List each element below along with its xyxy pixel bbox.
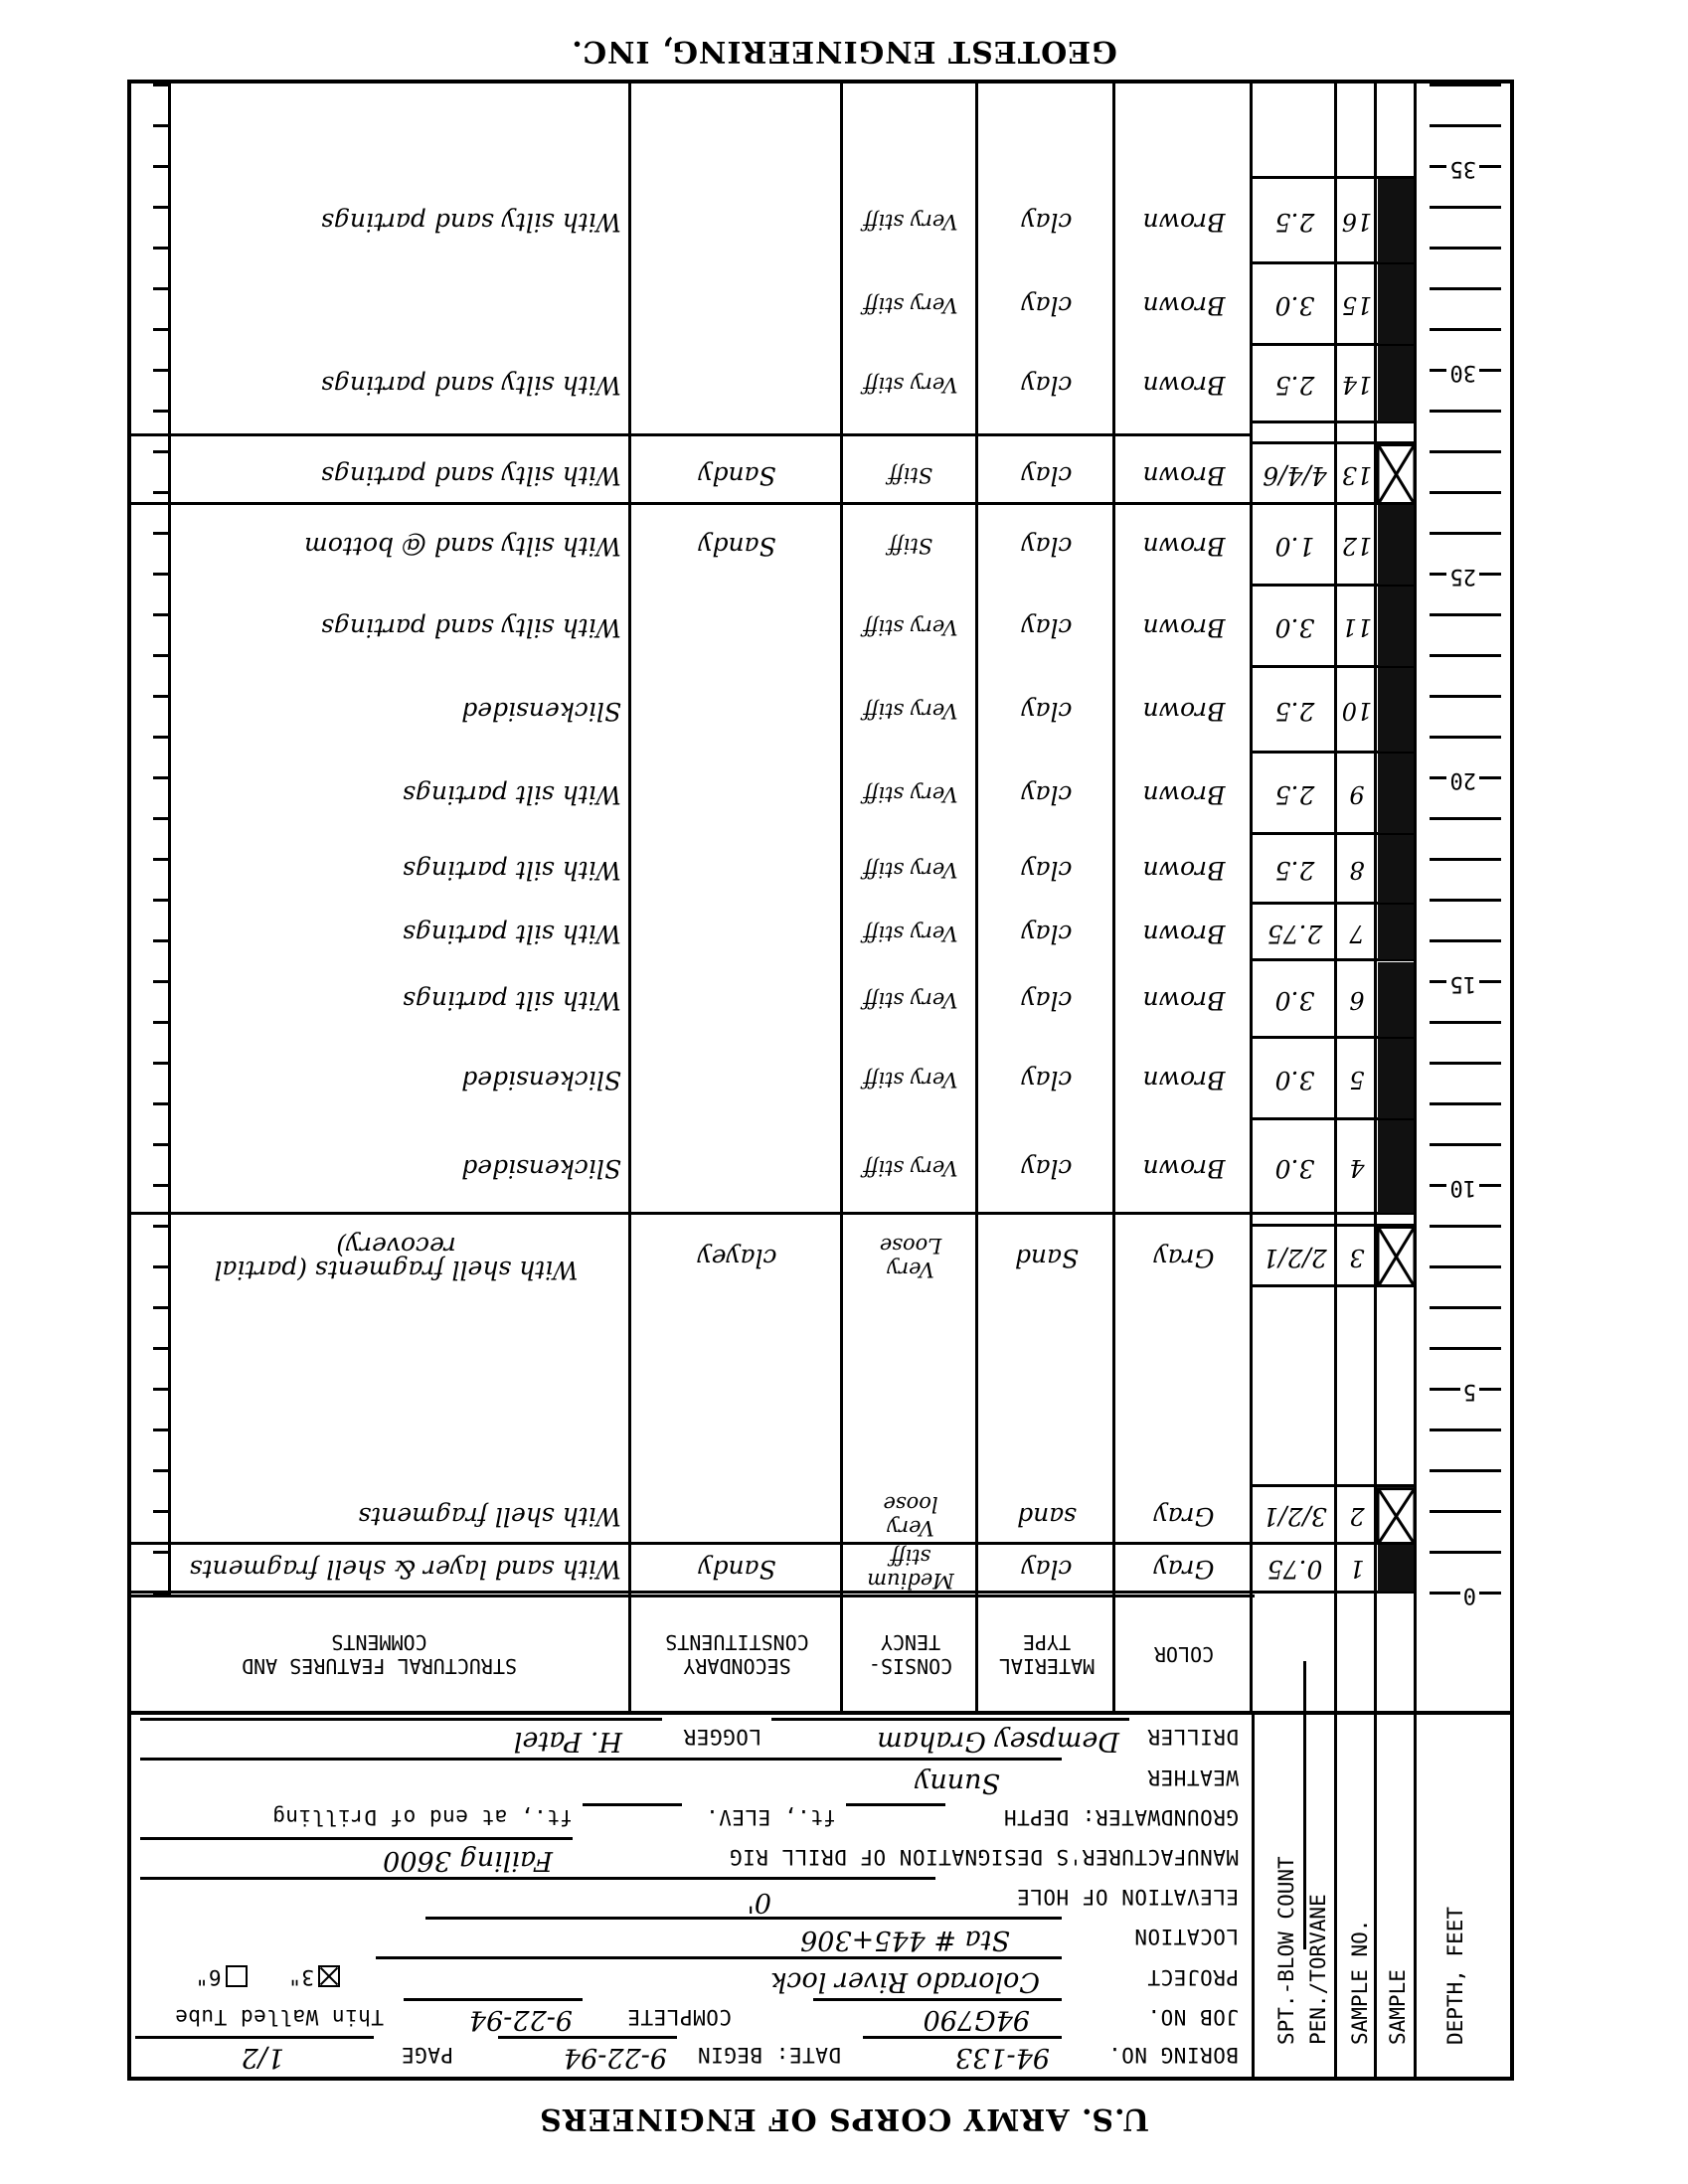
right-tick <box>153 1469 171 1472</box>
row-location: LOCATION Sta # 445+306 <box>135 1918 1239 1955</box>
sample-comment: With silt partings <box>171 754 631 835</box>
sample-no: 16 <box>1337 179 1377 264</box>
depth-tick <box>1430 1510 1501 1513</box>
sample-secondary <box>631 179 843 264</box>
tube-sample-fill <box>1378 179 1414 262</box>
right-tick <box>153 1021 171 1024</box>
sample-comment: With silt partings <box>171 835 631 905</box>
sample-consistency: Very stiff <box>843 835 978 905</box>
spt-sample-x-icon <box>1377 1487 1417 1544</box>
sample-secondary <box>631 1120 843 1214</box>
sample-color: Gray <box>1115 1227 1253 1288</box>
depth-label: 30 <box>1447 360 1480 385</box>
sample-pen-blow: 2/2/1 <box>1253 1227 1337 1288</box>
right-tick <box>153 1347 171 1350</box>
depth-tick <box>1430 1428 1501 1431</box>
sample-no: 2 <box>1337 1487 1377 1544</box>
depth-label: 20 <box>1447 767 1480 792</box>
right-tick <box>153 124 171 127</box>
sample-pen-blow: 2.5 <box>1253 835 1337 905</box>
depth-tick <box>1430 695 1501 698</box>
right-tick <box>153 980 171 983</box>
sample-no: 1 <box>1337 1545 1377 1594</box>
sample-color: Brown <box>1115 1039 1253 1120</box>
right-tick <box>153 1143 171 1146</box>
drill-rig-value: Failing 3600 <box>383 1845 553 1876</box>
sample-color: Brown <box>1115 668 1253 754</box>
sample-pen-blow: 2.5 <box>1253 754 1337 835</box>
sample-color: Brown <box>1115 1120 1253 1214</box>
sample-color: Gray <box>1115 1545 1253 1594</box>
sample-comment: Slickensided <box>171 668 631 754</box>
row-weather: WEATHER Sunny <box>135 1759 1239 1796</box>
sample-color: Brown <box>1115 346 1253 423</box>
tube-sample-fill <box>1378 905 1414 959</box>
sample-secondary <box>631 1039 843 1120</box>
right-tick <box>153 1102 171 1105</box>
sample-material: clay <box>978 1039 1115 1120</box>
consistency-header: CONSIS-TENCY <box>843 1597 978 1711</box>
right-tick <box>153 858 171 861</box>
tube-sample-fill <box>1378 505 1414 585</box>
right-tick <box>153 1306 171 1309</box>
right-tick <box>153 613 171 616</box>
sample-comment: With silty sand partings <box>171 587 631 668</box>
depth-tick <box>1430 84 1501 86</box>
right-tick <box>153 369 171 372</box>
driller-value: Dempsey Graham <box>877 1726 1119 1757</box>
depth-tick <box>1430 613 1501 616</box>
tube-sample-fill <box>1378 962 1414 1038</box>
depth-tick <box>1430 1021 1501 1024</box>
pen-torvane-label: PEN./TORVANE <box>1306 1894 1330 2045</box>
row-boring: BORING NO. 94-133 DATE: BEGIN 9-22-94 PA… <box>135 2037 1239 2073</box>
right-tick <box>153 450 171 453</box>
sample-secondary <box>631 835 843 905</box>
tube-sample-fill <box>1378 264 1414 344</box>
location-value: Sta # 445+306 <box>800 1925 1010 1955</box>
right-tick <box>153 206 171 209</box>
right-tick <box>153 1225 171 1228</box>
depth-tick <box>1430 450 1501 453</box>
sample-consistency: Very stiff <box>843 668 978 754</box>
sample-secondary: Sandy <box>631 444 843 506</box>
sample-material: clay <box>978 905 1115 961</box>
tube-6in-checkbox[interactable] <box>226 1965 248 1987</box>
sample-no: 5 <box>1337 1039 1377 1120</box>
sample-no: 15 <box>1337 264 1377 346</box>
sample-color: Brown <box>1115 179 1253 264</box>
right-tick <box>153 654 171 657</box>
right-tick <box>153 695 171 698</box>
boring-log-page: U.S. ARMY CORPS OF ENGINEERS DEPTH, FEET… <box>0 0 1688 2184</box>
sample-material: clay <box>978 444 1115 506</box>
row-job: JOB NO. 94G790 COMPLETE 9-22-94 Thin Wal… <box>135 1999 1239 2035</box>
sample-material: clay <box>978 1120 1115 1214</box>
sample-material: clay <box>978 1545 1115 1594</box>
depth-tick <box>1430 1102 1501 1105</box>
right-tick <box>153 1428 171 1431</box>
tube-sample-fill <box>1378 835 1414 903</box>
right-tick <box>153 817 171 820</box>
sample-secondary: Sandy <box>631 505 843 587</box>
logger-value: H. Patel <box>514 1726 622 1757</box>
tube-sample-fill <box>1378 346 1414 421</box>
depth-tick <box>1430 1469 1501 1472</box>
project-value: Colorado River lock <box>770 1966 1040 1997</box>
sample-comment: With shell fragments <box>171 1487 631 1544</box>
sample-consistency: Very stiff <box>843 179 978 264</box>
sample-pen-blow: 3/2/1 <box>1253 1487 1337 1544</box>
tube-sample-fill <box>1378 668 1414 752</box>
depth-tick <box>1430 899 1501 902</box>
sample-color: Brown <box>1115 905 1253 961</box>
sample-comment: With shell fragments (partial recovery) <box>171 1227 631 1288</box>
sample-secondary <box>631 962 843 1040</box>
spt-sample-x-icon <box>1377 444 1417 506</box>
weather-value: Sunny <box>915 1767 1000 1798</box>
tube-sample-fill <box>1378 587 1414 666</box>
depth-tick <box>1430 1062 1501 1065</box>
depth-tick <box>1430 1143 1501 1146</box>
sample-material: clay <box>978 754 1115 835</box>
sample-consistency: Very stiff <box>843 587 978 668</box>
sample-comment: With silty sand partings <box>171 346 631 423</box>
right-tick <box>153 1388 171 1391</box>
depth-tick <box>1430 939 1501 942</box>
depth-label: 25 <box>1447 564 1480 588</box>
sample-secondary <box>631 346 843 423</box>
sample-comment: Slickensided <box>171 1039 631 1120</box>
depth-tick <box>1430 1551 1501 1554</box>
sample-secondary: Sandy <box>631 1545 843 1594</box>
depth-label: 5 <box>1460 1379 1479 1404</box>
depth-tick <box>1430 328 1501 331</box>
sample-secondary <box>631 905 843 961</box>
sample-no: 12 <box>1337 505 1377 587</box>
tube-sample-fill <box>1378 1545 1414 1592</box>
depth-tick <box>1430 654 1501 657</box>
color-header: COLOR <box>1115 1597 1253 1711</box>
date-begin-value: 9-22-94 <box>564 2042 667 2073</box>
sample-consistency: Very stiff <box>843 264 978 346</box>
sample-material: Sand <box>978 1227 1115 1288</box>
sample-comment <box>171 264 631 346</box>
sample-no: 13 <box>1337 444 1377 506</box>
sample-no: 9 <box>1337 754 1377 835</box>
sample-material: clay <box>978 505 1115 587</box>
sample-comment: With silty sand @ bottom <box>171 505 631 587</box>
sample-consistency: Very Loose <box>843 1227 978 1288</box>
depth-tick <box>1430 1225 1501 1228</box>
sample-pen-blow: 2.5 <box>1253 668 1337 754</box>
sample-color: Gray <box>1115 1487 1253 1544</box>
sample-comment: With silt partings <box>171 905 631 961</box>
sample-pen-blow: 3.0 <box>1253 264 1337 346</box>
sample-secondary <box>631 668 843 754</box>
sample-comment: With silty sand partings <box>171 444 631 506</box>
right-tick <box>153 1510 171 1513</box>
row-groundwater: GROUNDWATER: DEPTH ft., ELEV. ft., at en… <box>135 1798 1239 1836</box>
sample-column-label: SAMPLE <box>1386 1969 1410 2045</box>
sample-consistency: Very stiff <box>843 1120 978 1214</box>
depth-tick <box>1430 817 1501 820</box>
right-tick <box>153 328 171 331</box>
sample-pen-blow: 2.5 <box>1253 346 1337 423</box>
depth-tick <box>1430 247 1501 250</box>
tube-sample-fill <box>1378 1120 1414 1212</box>
sample-no: 8 <box>1337 835 1377 905</box>
sample-pen-blow: 3.0 <box>1253 587 1337 668</box>
sample-no: 6 <box>1337 962 1377 1040</box>
sample-consistency: Stiff <box>843 505 978 587</box>
sample-material: clay <box>978 264 1115 346</box>
sample-comment: Slickensided <box>171 1120 631 1214</box>
secondary-constituents-header: SECONDARY CONSTITUENTS <box>631 1597 843 1711</box>
right-tick <box>153 491 171 494</box>
right-tick <box>153 1062 171 1065</box>
right-tick <box>153 247 171 250</box>
sample-no: 10 <box>1337 668 1377 754</box>
row-elevation: ELEVATION OF HOLE 0' <box>135 1878 1239 1916</box>
complete-date-value: 9-22-94 <box>469 2004 573 2035</box>
sample-color: Brown <box>1115 754 1253 835</box>
right-tick <box>153 939 171 942</box>
right-tick <box>153 532 171 535</box>
sampler-type: Thin Walled Tube <box>175 2005 384 2029</box>
tube-sample-fill <box>1378 1039 1414 1118</box>
sample-pen-blow: 4/4/6 <box>1253 444 1337 506</box>
depth-tick <box>1430 491 1501 494</box>
spt-sample-x-icon <box>1377 1227 1417 1288</box>
job-no-value: 94G790 <box>924 2004 1030 2035</box>
stratum-boundary <box>127 433 1253 436</box>
sample-pen-blow: 3.0 <box>1253 1120 1337 1214</box>
depth-tick <box>1430 410 1501 413</box>
page-value: 1/2 <box>242 2042 284 2073</box>
depth-tick <box>1430 1265 1501 1268</box>
spt-blow-count-label: SPT.-BLOW COUNT <box>1274 1856 1298 2045</box>
sample-material: sand <box>978 1487 1115 1544</box>
sample-comment: With silt partings <box>171 962 631 1040</box>
sample-comment: With silty sand partings <box>171 179 631 264</box>
sample-secondary <box>631 1487 843 1544</box>
sample-consistency: Very stiff <box>843 905 978 961</box>
tube-3in-checkbox[interactable] <box>318 1965 340 1987</box>
depth-tick <box>1430 124 1501 127</box>
sample-pen-blow: 0.75 <box>1253 1545 1337 1594</box>
sample-comment: With sand layer & shell fragments <box>171 1545 631 1594</box>
depth-tick <box>1430 736 1501 739</box>
sample-consistency: Medium stiff <box>843 1545 978 1594</box>
company-name: GEOTEST ENGINEERING, INC. <box>0 34 1688 69</box>
right-tick <box>153 736 171 739</box>
sample-secondary <box>631 587 843 668</box>
sample-material: clay <box>978 346 1115 423</box>
sample-material: clay <box>978 835 1115 905</box>
depth-label: 10 <box>1447 1175 1480 1200</box>
row-driller: DRILLER Dempsey Graham LOGGER H. Patel <box>135 1717 1239 1757</box>
sample-material: clay <box>978 587 1115 668</box>
right-tick <box>153 410 171 413</box>
depth-label: 35 <box>1447 156 1480 181</box>
sample-consistency: Very stiff <box>843 1039 978 1120</box>
depth-tick <box>1430 532 1501 535</box>
depth-label: 15 <box>1447 971 1480 996</box>
sample-consistency: Stiff <box>843 444 978 506</box>
tube-sample-fill <box>1378 754 1414 833</box>
sample-color: Brown <box>1115 962 1253 1040</box>
sample-no-column-label: SAMPLE NO. <box>1348 1920 1372 2045</box>
row-drill-rig: MANUFACTURER'S DESIGNATION OF DRILL RIG … <box>135 1838 1239 1876</box>
depth-tick <box>1430 858 1501 861</box>
right-tick <box>153 84 171 86</box>
elevation-value: 0' <box>747 1887 771 1918</box>
right-tick <box>153 287 171 290</box>
sample-consistency: Very stiff <box>843 754 978 835</box>
depth-tick <box>1430 1347 1501 1350</box>
depth-tick <box>1430 1306 1501 1309</box>
sample-secondary <box>631 264 843 346</box>
structural-features-header: STRUCTURAL FEATURES AND COMMENTS <box>127 1597 631 1711</box>
sample-no: 14 <box>1337 346 1377 423</box>
right-tick <box>153 899 171 902</box>
sample-consistency: Very loose <box>843 1487 978 1544</box>
depth-tick <box>1430 287 1501 290</box>
sample-no: 11 <box>1337 587 1377 668</box>
depth-column-label: DEPTH, FEET <box>1443 1907 1467 2045</box>
sample-pen-blow: 3.0 <box>1253 1039 1337 1120</box>
sample-consistency: Very stiff <box>843 962 978 1040</box>
right-tick <box>153 776 171 779</box>
agency-title: U.S. ARMY CORPS OF ENGINEERS <box>0 2101 1688 2136</box>
right-tick <box>153 573 171 576</box>
sample-pen-blow: 1.0 <box>1253 505 1337 587</box>
right-tick <box>153 1184 171 1187</box>
sample-material: clay <box>978 668 1115 754</box>
material-type-header: MATERIAL TYPE <box>978 1597 1115 1711</box>
sample-secondary <box>631 754 843 835</box>
right-tick <box>153 1265 171 1268</box>
sample-color: Brown <box>1115 587 1253 668</box>
sample-pen-blow: 3.0 <box>1253 962 1337 1040</box>
depth-label: 0 <box>1460 1583 1479 1607</box>
sample-material: clay <box>978 179 1115 264</box>
sample-color: Brown <box>1115 835 1253 905</box>
sample-color: Brown <box>1115 505 1253 587</box>
sample-no: 4 <box>1337 1120 1377 1214</box>
sample-no: 7 <box>1337 905 1377 961</box>
boring-no-value: 94-133 <box>955 2042 1050 2073</box>
right-tick <box>153 165 171 168</box>
sample-material: clay <box>978 962 1115 1040</box>
sample-consistency: Very stiff <box>843 346 978 423</box>
depth-tick <box>1430 206 1501 209</box>
sample-no: 3 <box>1337 1227 1377 1288</box>
sample-secondary: clayey <box>631 1227 843 1288</box>
sample-color: Brown <box>1115 444 1253 506</box>
sample-pen-blow: 2.75 <box>1253 905 1337 961</box>
row-project: PROJECT Colorado River lock 3" 6" <box>135 1957 1239 1997</box>
sample-color: Brown <box>1115 264 1253 346</box>
right-tick <box>153 1551 171 1554</box>
sample-pen-blow: 2.5 <box>1253 179 1337 264</box>
